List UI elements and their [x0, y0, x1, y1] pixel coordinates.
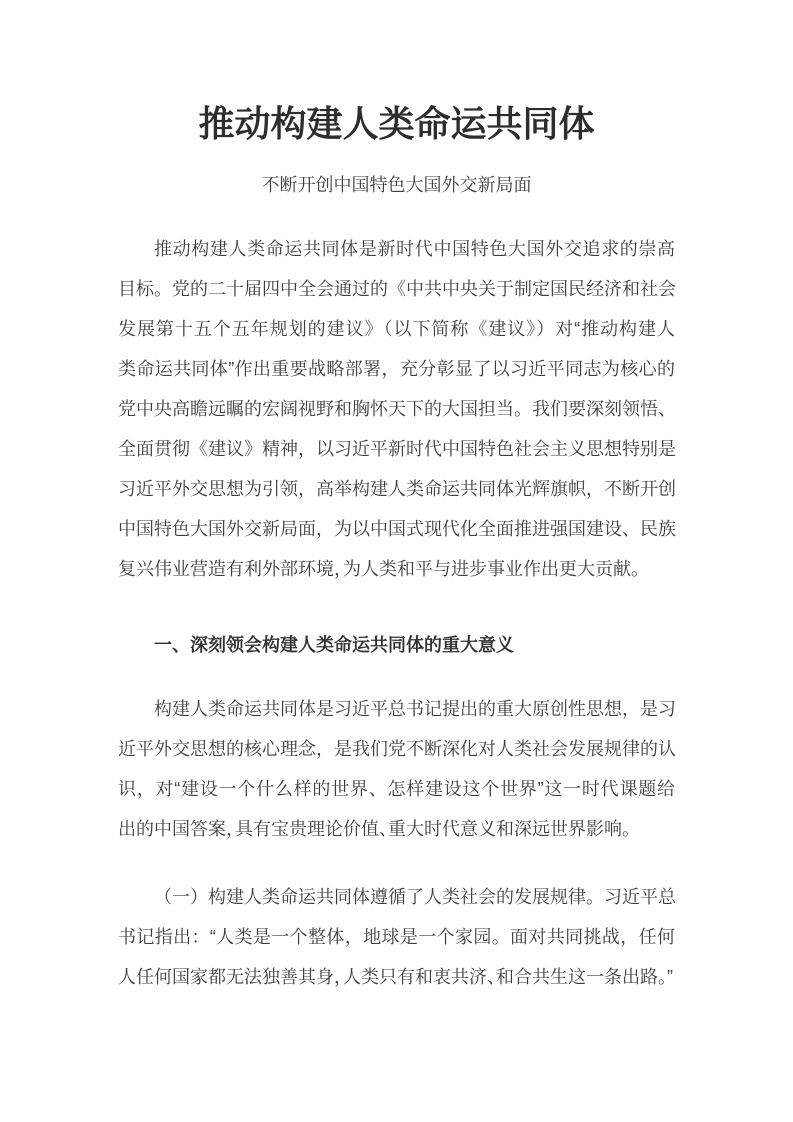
text-line: 全面贯彻《建议》精神，以习近平新时代中国特色社会主义思想特别是 [118, 429, 675, 469]
text-line: 出的中国答案，具有宝贵理论价值、重大时代意义和深远世界影响。 [118, 809, 675, 849]
section-heading-1: 一、深刻领会构建人类命运共同体的重大意义 [118, 625, 675, 665]
text-line: 类命运共同体”作出重要战略部署，充分彰显了以习近平同志为核心的 [118, 349, 675, 389]
text-line: 中国特色大国外交新局面，为以中国式现代化全面推进强国建设、民族 [118, 509, 675, 549]
text-line: 书记指出：“人类是一个整体，地球是一个家园。面对共同挑战，任何 [118, 917, 675, 957]
text-line: 习近平外交思想为引领，高举构建人类命运共同体光辉旗帜，不断开创 [118, 469, 675, 509]
text-line: 人任何国家都无法独善其身，人类只有和衷共济、和合共生这一条出路。” [118, 957, 675, 997]
document-title: 推动构建人类命运共同体 [118, 101, 675, 147]
page-content: 推动构建人类命运共同体 不断开创中国特色大国外交新局面 推动构建人类命运共同体是… [0, 0, 793, 997]
document-subtitle: 不断开创中国特色大国外交新局面 [118, 172, 675, 198]
paragraph-1: 推动构建人类命运共同体是新时代中国特色大国外交追求的崇高目标。党的二十届四中全会… [118, 229, 675, 589]
document-page: 推动构建人类命运共同体 不断开创中国特色大国外交新局面 推动构建人类命运共同体是… [0, 0, 793, 1122]
text-line: 发展第十五个五年规划的建议》（以下简称《建议》）对“推动构建人 [118, 309, 675, 349]
text-line: 近平外交思想的核心理念，是我们党不断深化对人类社会发展规律的认 [118, 729, 675, 769]
text-line: 识，对“建设一个什么样的世界、怎样建设这个世界”这一时代课题给 [118, 769, 675, 809]
paragraph-2: 构建人类命运共同体是习近平总书记提出的重大原创性思想，是习近平外交思想的核心理念… [118, 689, 675, 849]
paragraph-3: （一）构建人类命运共同体遵循了人类社会的发展规律。习近平总书记指出：“人类是一个… [118, 877, 675, 997]
text-line: （一）构建人类命运共同体遵循了人类社会的发展规律。习近平总 [118, 877, 675, 917]
text-line: 构建人类命运共同体是习近平总书记提出的重大原创性思想，是习 [118, 689, 675, 729]
text-line: 党中央高瞻远瞩的宏阔视野和胸怀天下的大国担当。我们要深刻领悟、 [118, 389, 675, 429]
text-line: 复兴伟业营造有利外部环境，为人类和平与进步事业作出更大贡献。 [118, 549, 675, 589]
text-line: 推动构建人类命运共同体是新时代中国特色大国外交追求的崇高 [118, 229, 675, 269]
text-line: 目标。党的二十届四中全会通过的《中共中央关于制定国民经济和社会 [118, 269, 675, 309]
